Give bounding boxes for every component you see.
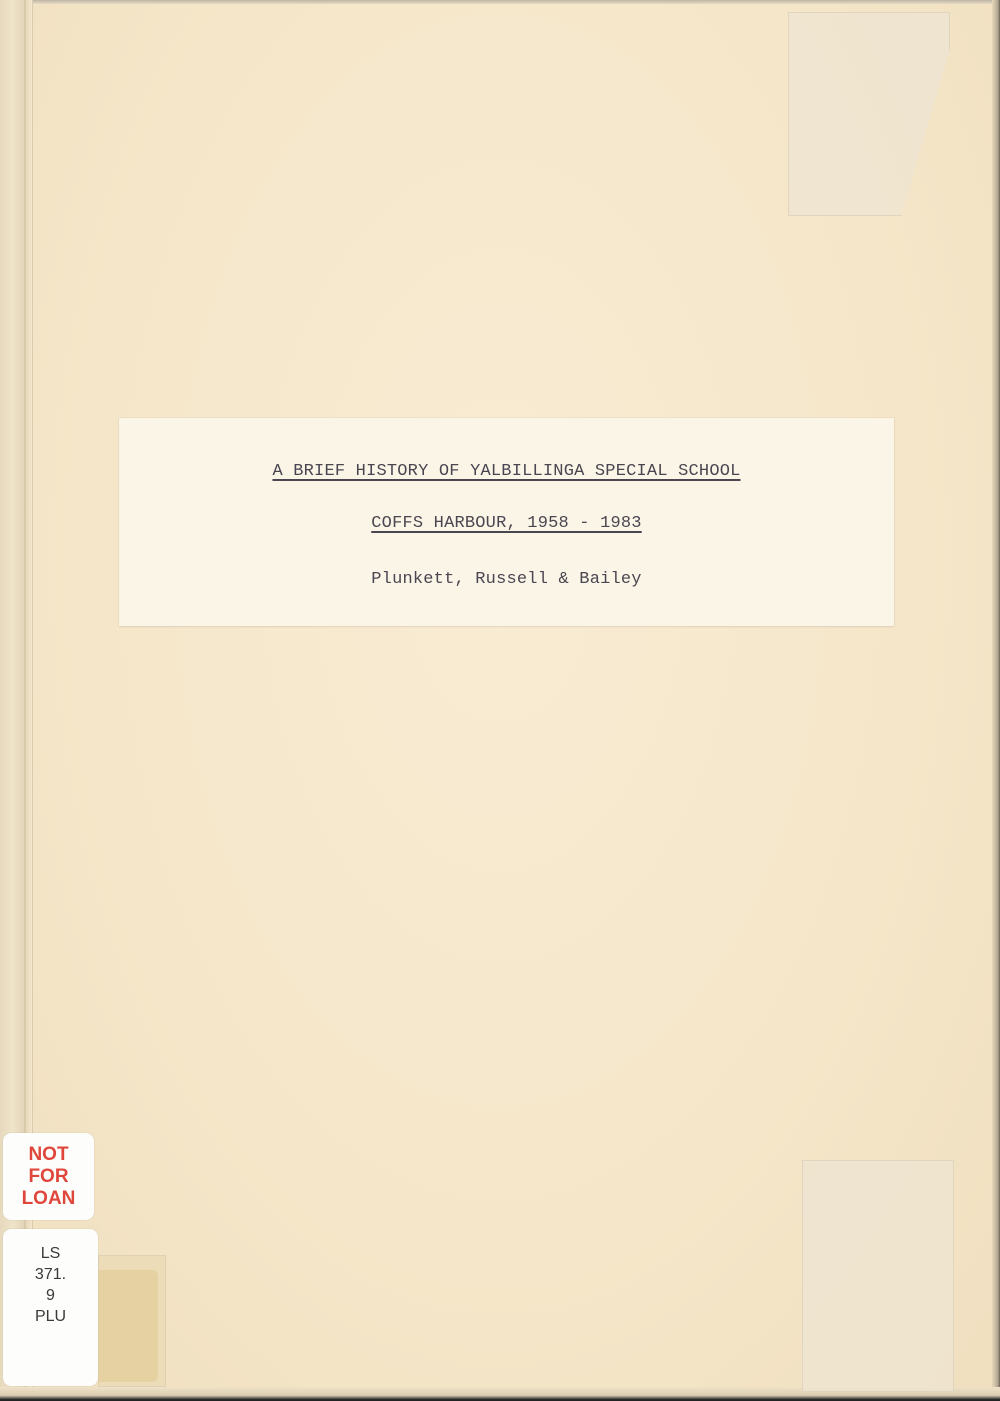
card-pocket-slip xyxy=(98,1270,158,1382)
tape-residue-bottom xyxy=(802,1160,954,1392)
title-label: A BRIEF HISTORY OF YALBILLINGA SPECIAL S… xyxy=(119,418,894,626)
authors-line: Plunkett, Russell & Bailey xyxy=(119,570,894,589)
subtitle-line: COFFS HARBOUR, 1958 - 1983 xyxy=(119,514,894,533)
title-line: A BRIEF HISTORY OF YALBILLINGA SPECIAL S… xyxy=(119,462,894,481)
cover-top-edge xyxy=(0,0,1000,4)
call-number-sticker: LS 371. 9 PLU xyxy=(3,1229,98,1386)
not-for-loan-sticker: NOT FOR LOAN xyxy=(3,1133,94,1220)
cover-right-edge xyxy=(992,0,1000,1401)
